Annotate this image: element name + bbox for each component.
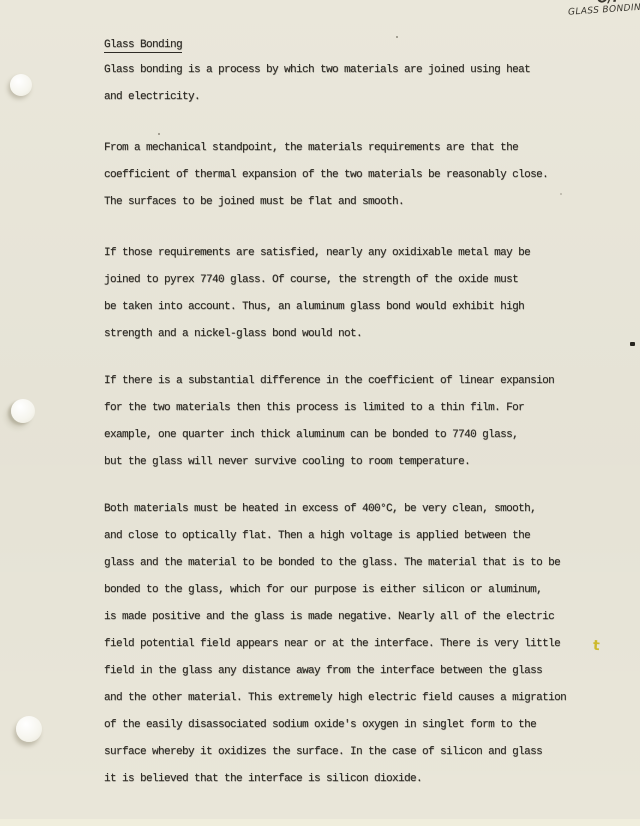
handwritten-title-note: GLASS BONDING <box>568 2 640 18</box>
scanned-document: { "page": { "paper_color": "#e9e6d9", "i… <box>0 0 640 826</box>
paragraph: If there is a substantial difference in … <box>104 368 554 476</box>
text-line: If there is a substantial difference in … <box>104 368 554 395</box>
text-line: surface whereby it oxidizes the surface.… <box>104 739 566 766</box>
document-title-text: Glass Bonding <box>104 39 182 53</box>
paragraph: Both materials must be heated in excess … <box>104 496 566 793</box>
text-line: From a mechanical standpoint, the materi… <box>104 135 548 162</box>
ink-speck <box>396 36 398 38</box>
text-line: and close to optically flat. Then a high… <box>104 523 566 550</box>
text-line: field potential field appears near or at… <box>104 631 566 658</box>
text-line: of the easily disassociated sodium oxide… <box>104 712 566 739</box>
yellow-pen-mark: t <box>592 638 600 654</box>
text-line: Both materials must be heated in excess … <box>104 496 566 523</box>
text-line: If those requirements are satisfied, nea… <box>104 240 530 267</box>
text-line: be taken into account. Thus, an aluminum… <box>104 294 530 321</box>
paragraph: Glass bonding is a process by which two … <box>104 57 530 111</box>
punch-hole-bottom <box>16 716 42 742</box>
handwritten-partial-mark: O/P <box>597 0 623 7</box>
text-line: strength and a nickel-glass bond would n… <box>104 321 530 348</box>
text-line: coefficient of thermal expansion of the … <box>104 162 548 189</box>
ink-speck <box>158 133 160 135</box>
text-line: field in the glass any distance away fro… <box>104 658 566 685</box>
text-line: bonded to the glass, which for our purpo… <box>104 577 566 604</box>
text-line: and electricity. <box>104 84 530 111</box>
paragraph: If those requirements are satisfied, nea… <box>104 240 530 348</box>
text-line: glass and the material to be bonded to t… <box>104 550 566 577</box>
text-line: Glass bonding is a process by which two … <box>104 57 530 84</box>
text-line: it is believed that the interface is sil… <box>104 766 566 793</box>
text-line: is made positive and the glass is made n… <box>104 604 566 631</box>
punch-hole-top <box>10 74 32 96</box>
document-title: Glass Bonding <box>104 32 182 59</box>
ink-fleck <box>630 342 635 346</box>
text-line: joined to pyrex 7740 glass. Of course, t… <box>104 267 530 294</box>
text-line: and the other material. This extremely h… <box>104 685 566 712</box>
paragraph: From a mechanical standpoint, the materi… <box>104 135 548 216</box>
text-line: example, one quarter inch thick aluminum… <box>104 422 554 449</box>
punch-hole-middle <box>11 399 35 423</box>
text-line: for the two materials then this process … <box>104 395 554 422</box>
page-bottom-edge <box>0 819 640 826</box>
text-line: but the glass will never survive cooling… <box>104 449 554 476</box>
text-line: The surfaces to be joined must be flat a… <box>104 189 548 216</box>
ink-speck <box>560 193 562 195</box>
